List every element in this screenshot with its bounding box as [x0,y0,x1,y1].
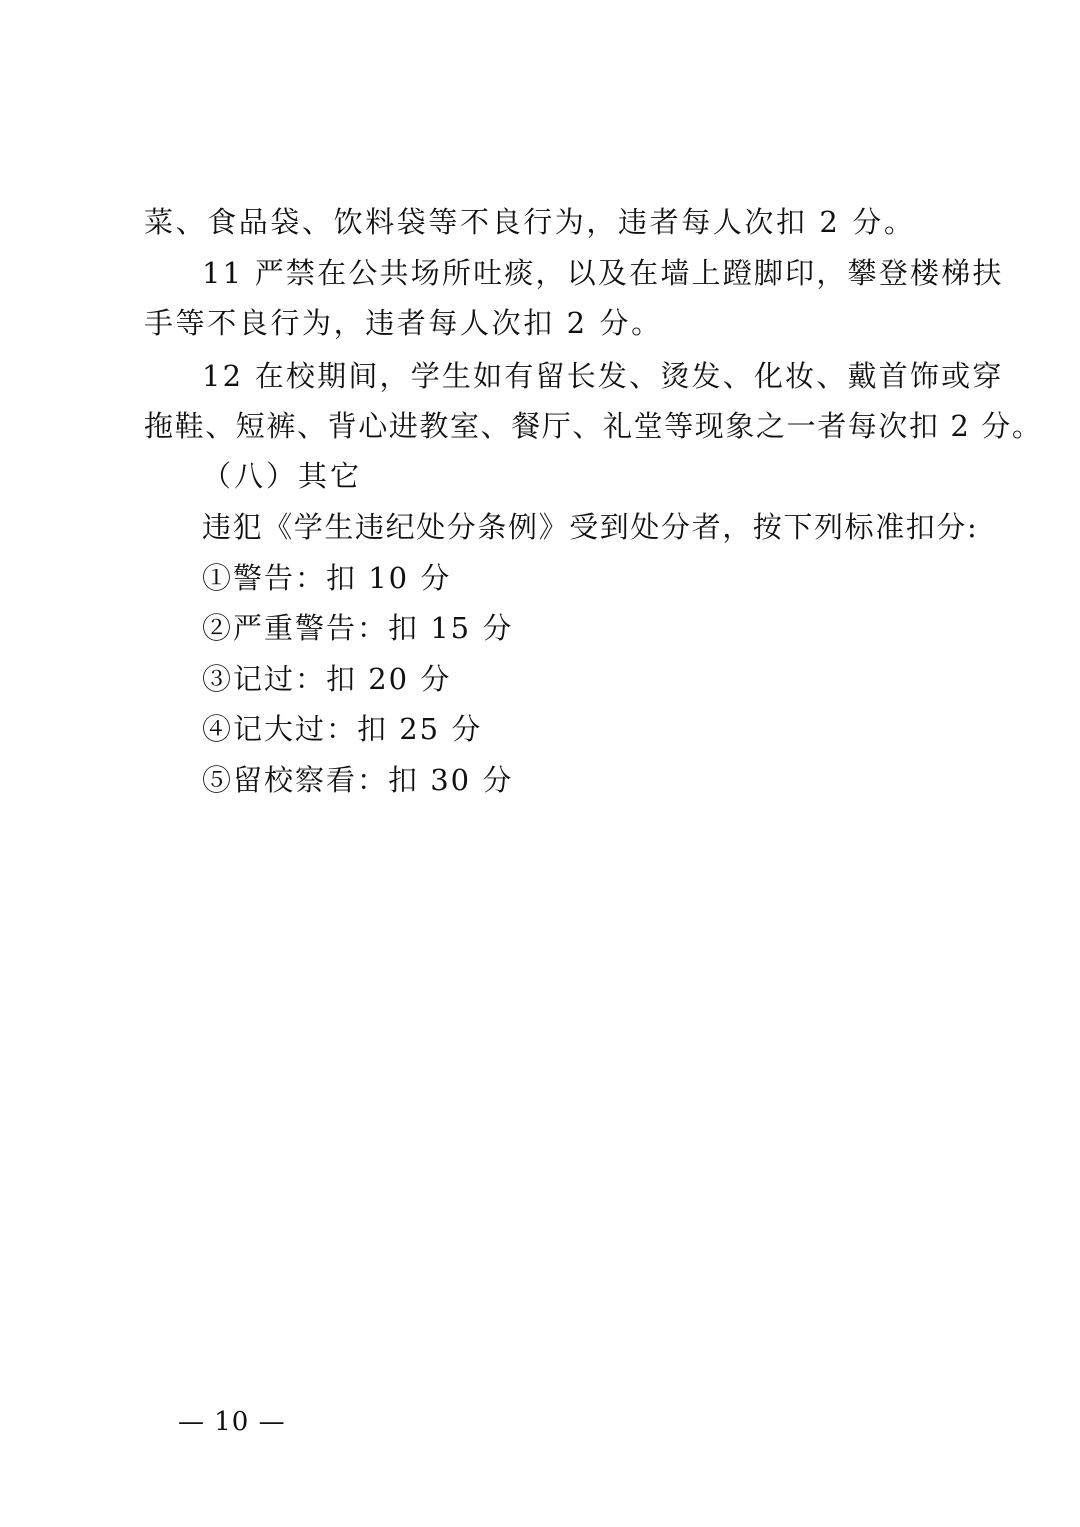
paragraph-line-item-12: 12 在校期间，学生如有留长发、烫发、化妆、戴首饰或穿 [202,356,1004,396]
penalty-item-major-demerit: ④记大过：扣 25 分 [202,709,482,749]
penalty-item-serious-warning: ②严重警告：扣 15 分 [202,608,513,648]
document-page: 菜、食品袋、饮料袋等不良行为，违者每人次扣 2 分。 11 严禁在公共场所吐痰，… [0,0,1080,1527]
paragraph-line-item-12-continued: 拖鞋、短裤、背心进教室、餐厅、礼堂等现象之一者每次扣 2 分。 [144,406,1043,446]
section-heading-other: （八）其它 [202,456,362,496]
penalty-item-probation: ⑤留校察看：扣 30 分 [202,760,513,800]
paragraph-penalty-intro: 违犯《学生违纪处分条例》受到处分者，按下列标准扣分: [202,507,978,547]
penalty-item-warning: ①警告：扣 10 分 [202,558,451,598]
penalty-item-demerit: ③记过：扣 20 分 [202,659,451,699]
paragraph-line-item-11: 11 严禁在公共场所吐痰，以及在墙上蹬脚印，攀登楼梯扶 [202,253,1004,293]
page-number: — 10 — [178,1404,286,1440]
paragraph-line-item-10-continued: 菜、食品袋、饮料袋等不良行为，违者每人次扣 2 分。 [144,202,916,242]
paragraph-line-item-11-continued: 手等不良行为，违者每人次扣 2 分。 [144,303,663,343]
